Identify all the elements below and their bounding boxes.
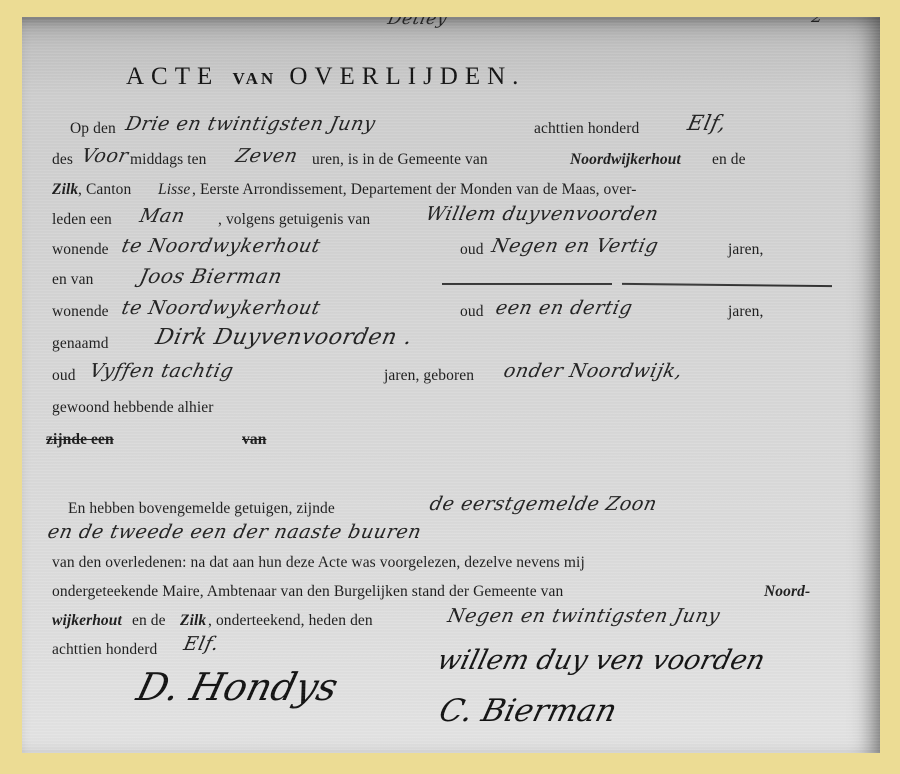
handwritten-witness1-age: Negen en Vertig (490, 235, 661, 257)
printed-text: wonende (52, 303, 109, 321)
handwritten-deceased-name: Dirk Duyvenvoorden . (153, 325, 414, 350)
printed-text: achttien honderd (52, 641, 157, 659)
printed-text: middags ten (130, 151, 206, 169)
struck-text: van (242, 431, 266, 449)
municipality-name: Noord- (764, 583, 810, 601)
printed-text: en de (132, 612, 166, 630)
signature-maire: D. Hondys (133, 665, 343, 709)
printed-text: , volgens getuigenis van (218, 211, 370, 229)
printed-text: uren, is in de Gemeente van (312, 151, 488, 169)
handwritten-witness-relation2: en de tweede een der naaste buuren (46, 521, 424, 543)
handwritten-time-of-day: Voor (80, 145, 131, 167)
printed-text: van den overledenen: na dat aan hun deze… (52, 554, 585, 572)
handwritten-witness2-name: Joos Bierman (137, 264, 284, 288)
printed-text: jaren, geboren (384, 367, 474, 385)
printed-text: en van (52, 271, 93, 289)
document-title: ACTE VAN OVERLIJDEN. (126, 63, 525, 91)
place-zilk: Zilk (52, 181, 78, 199)
printed-text: wonende (52, 241, 109, 259)
handwritten-witness1-residence: te Noordwykerhout (120, 235, 323, 257)
handwritten-witness1-name: Willem duyvenvoorden (424, 203, 661, 225)
canton-name: Lisse (158, 181, 190, 199)
printed-text: en de (712, 151, 746, 169)
title-overlijden: OVERLIJDEN. (289, 63, 525, 90)
printed-text: gewoond hebbende alhier (52, 399, 214, 417)
printed-text: , Canton (78, 181, 131, 199)
municipality-name: wijkerhout (52, 612, 122, 630)
handwritten-hour: Zeven (234, 145, 300, 167)
printed-text: , onderteekend, heden den (208, 612, 373, 630)
handwritten-deceased-age: Vyffen tachtig (88, 360, 236, 382)
printed-text: , Eerste Arrondissement, Departement der… (192, 181, 636, 199)
handwritten-sex: Man (138, 205, 188, 227)
fill-line (622, 283, 832, 287)
top-annotation: Detley (386, 17, 449, 29)
signature-witness2: C. Bierman (436, 693, 621, 729)
printed-text: genaamd (52, 335, 109, 353)
handwritten-birthplace: onder Noordwijk, (502, 360, 685, 382)
printed-text: des (52, 151, 73, 169)
handwritten-signing-date: Negen en twintigsten Juny (446, 605, 723, 627)
handwritten-witness-relation1: de eerstgemelde Zoon (428, 493, 660, 515)
printed-text: ondergeteekende Maire, Ambtenaar van den… (52, 583, 563, 601)
page-number: 2 (810, 17, 826, 27)
printed-text: oud (460, 241, 484, 259)
struck-text: zijnde een (46, 431, 114, 449)
title-acte: ACTE (126, 63, 219, 90)
printed-text: Op den (70, 120, 116, 138)
signature-witness1: willem duy ven voorden (434, 645, 768, 676)
handwritten-witness2-age: een en dertig (494, 297, 635, 319)
fill-line (442, 283, 612, 285)
handwritten-date: Drie en twintigsten Juny (124, 113, 378, 135)
printed-text: leden een (52, 211, 112, 229)
printed-text: En hebben bovengemelde getuigen, zijnde (68, 500, 335, 518)
printed-text: oud (460, 303, 484, 321)
place-zilk: Zilk (180, 612, 206, 630)
printed-text: jaren, (728, 303, 763, 321)
title-van: VAN (233, 69, 277, 88)
handwritten-witness2-residence: te Noordwykerhout (120, 297, 323, 319)
municipality-name: Noordwijkerhout (570, 151, 681, 169)
handwritten-signing-year: Elf. (182, 633, 221, 655)
document-scan: Detley 2 ACTE VAN OVERLIJDEN. Op den Dri… (22, 17, 880, 753)
handwritten-year: Elf, (685, 111, 728, 135)
printed-text: achttien honderd (534, 120, 639, 138)
printed-text: oud (52, 367, 76, 385)
printed-text: jaren, (728, 241, 763, 259)
